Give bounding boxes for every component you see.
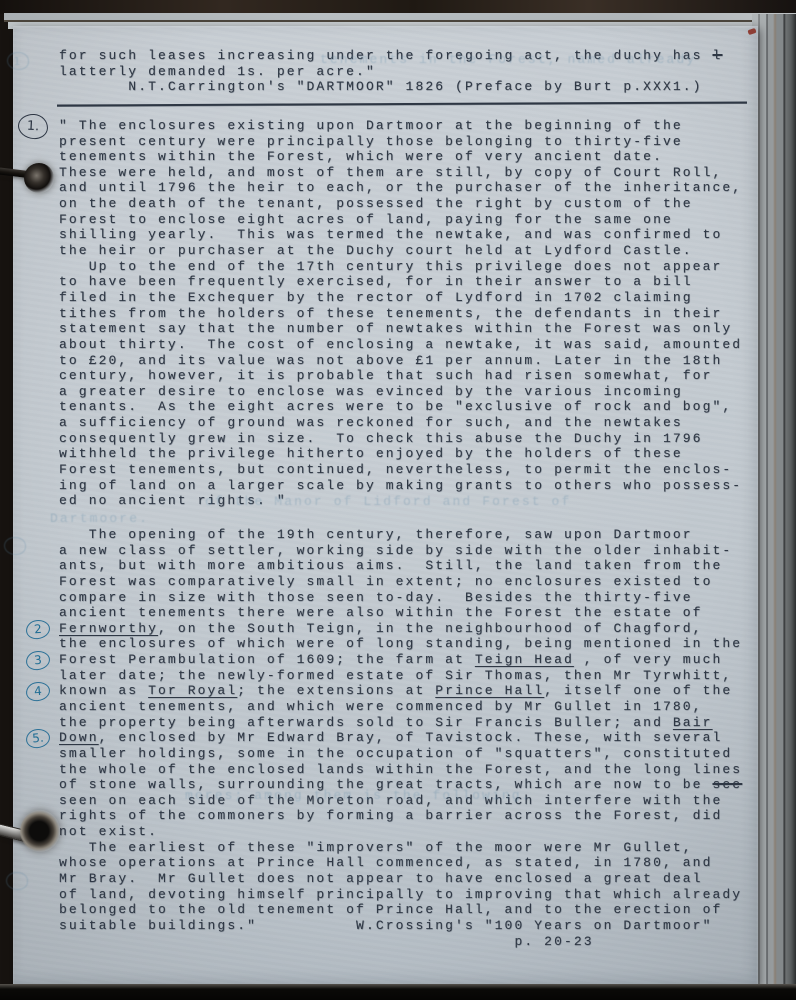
typed-text-line: the heir or purchaser at the Duchy court… bbox=[59, 243, 751, 259]
typed-text: Mr Bray. Mr Gullet does not appear to ha… bbox=[59, 871, 703, 886]
margin-circled-number-3: 3 bbox=[25, 650, 51, 671]
underlined-text: Down bbox=[59, 730, 99, 745]
page-stack-top-strip bbox=[4, 13, 796, 22]
typed-text-line: century, however, it is probable that su… bbox=[59, 368, 751, 384]
underlined-text: Teign Head bbox=[475, 652, 574, 667]
typed-text: ancient tenements, and which were commen… bbox=[59, 699, 703, 714]
typed-text-line: about thirty. The cost of enclosing a ne… bbox=[59, 337, 751, 353]
margin-circled-number-1: 1. bbox=[17, 113, 48, 140]
typed-text-line: Forest was comparatively small in extent… bbox=[59, 574, 751, 590]
typed-text-line: a greater desire to enclose was evinced … bbox=[59, 384, 751, 400]
typed-text: , itself one of the bbox=[544, 683, 732, 698]
typed-text: the property being afterwards sold to Si… bbox=[59, 715, 673, 730]
typed-text-line: not exist. bbox=[59, 824, 751, 840]
typed-text-line: shilling yearly. This was termed the new… bbox=[59, 227, 751, 243]
typed-text: on the death of the tenant, possessed th… bbox=[59, 196, 693, 211]
typed-text: ; the extensions at bbox=[237, 683, 435, 698]
margin-circled-number-4: 4 bbox=[25, 681, 51, 702]
typed-text-line: filed in the Exchequer by the rector of … bbox=[59, 290, 751, 306]
typed-text-line: whose operations at Prince Hall commence… bbox=[59, 855, 751, 871]
typed-text-line: ancient tenements there were also within… bbox=[59, 605, 751, 621]
typed-text-line: tithes from the holders of these tenemen… bbox=[59, 306, 751, 322]
typed-text: Up to the end of the 17th century this p… bbox=[59, 259, 722, 274]
typed-text: century, however, it is probable that su… bbox=[59, 368, 712, 383]
typed-text-line: consequently grew in size. To check this… bbox=[59, 431, 751, 447]
typed-text: , on the South Teign, in the neighbourho… bbox=[158, 621, 703, 636]
typed-text-line: ants, but with more ambitious aims. Stil… bbox=[59, 558, 751, 574]
typed-text: Forest tenements, but continued, neverth… bbox=[59, 462, 732, 477]
album-photo: for such leases increasing under the for… bbox=[0, 0, 796, 1000]
underlined-text: Fernworthy bbox=[59, 621, 158, 636]
typed-text-line: Up to the end of the 17th century this p… bbox=[59, 259, 751, 275]
typed-text-line: suitable buildings." W.Crossing's "100 Y… bbox=[59, 918, 751, 934]
typed-text: tithes from the holders of these tenemen… bbox=[59, 306, 722, 321]
typed-text: The opening of the 19th century, therefo… bbox=[59, 527, 693, 542]
album-top-edge bbox=[0, 0, 796, 14]
typed-text: consequently grew in size. To check this… bbox=[59, 431, 703, 446]
typed-text: seen on each side of the Moreton road, a… bbox=[59, 793, 722, 808]
typed-text: a sufficiency of ground was reckoned for… bbox=[59, 415, 683, 430]
typed-text-line: the property being afterwards sold to Si… bbox=[59, 715, 751, 731]
typed-text-line: of land, devoting himself principally to… bbox=[59, 887, 751, 903]
typed-text-line: latterly demanded 1s. per acre." bbox=[59, 64, 751, 80]
typed-text-line: The opening of the 19th century, therefo… bbox=[59, 527, 751, 543]
typed-text-line: later date; the newly-formed estate of S… bbox=[59, 668, 751, 684]
typed-text-line: 1." The enclosures existing upon Dartmoo… bbox=[59, 118, 751, 134]
struck-out-text: l bbox=[712, 48, 722, 63]
typed-text-line: a sufficiency of ground was reckoned for… bbox=[59, 415, 751, 431]
typed-text: p. 20-23 bbox=[59, 934, 594, 949]
typed-text-line: the enclosures of which were of long sta… bbox=[59, 636, 751, 652]
typed-text-line: tenants. As the eight acres were to be "… bbox=[59, 399, 751, 415]
typed-text: ants, but with more ambitious aims. Stil… bbox=[59, 558, 722, 573]
typed-text-line: to £20, and its value was not above £1 p… bbox=[59, 353, 751, 369]
typed-text: a greater desire to enclose was evinced … bbox=[59, 384, 683, 399]
typed-text: tenements within the Forest, which were … bbox=[59, 149, 663, 164]
typed-text: ancient tenements there were also within… bbox=[59, 605, 703, 620]
margin-circled-number-2: 2 bbox=[25, 619, 51, 640]
typed-text-line: withheld the privilege hitherto enjoyed … bbox=[59, 446, 751, 462]
underlined-text: Tor Royal bbox=[148, 683, 237, 698]
typed-text-line: 3Forest Perambulation of 1609; the farm … bbox=[59, 652, 751, 668]
section-divider-line bbox=[57, 101, 747, 106]
typed-text: These were held, and most of them are st… bbox=[59, 165, 722, 180]
typed-text-line: ancient tenements, and which were commen… bbox=[59, 699, 751, 715]
typed-text: the whole of the enclosed lands within t… bbox=[59, 762, 742, 777]
typed-text: smaller holdings, some in the occupation… bbox=[59, 746, 732, 761]
typed-text: whose operations at Prince Hall commence… bbox=[59, 855, 712, 870]
typed-text-line: Forest to enclose eight acres of land, p… bbox=[59, 212, 751, 228]
typed-text: the heir or purchaser at the Duchy court… bbox=[59, 243, 693, 258]
typed-text: present century were principally those b… bbox=[59, 134, 683, 149]
typed-text: ed no ancient rights. " bbox=[59, 493, 287, 508]
typed-text-line: the whole of the enclosed lands within t… bbox=[59, 762, 751, 778]
typed-text-line: seen on each side of the Moreton road, a… bbox=[59, 793, 751, 809]
typed-text-line: a new class of settler, working side by … bbox=[59, 543, 751, 559]
binder-eyelet-top bbox=[24, 163, 54, 193]
typed-text: , enclosed by Mr Edward Bray, of Tavisto… bbox=[99, 730, 723, 745]
typed-text: of stone walls, surrounding the great tr… bbox=[59, 777, 712, 792]
typed-text-line: on the death of the tenant, possessed th… bbox=[59, 196, 751, 212]
typed-text-line: 2Fernworthy, on the South Teign, in the … bbox=[59, 621, 751, 637]
typed-text: later date; the newly-formed estate of S… bbox=[59, 668, 732, 683]
typed-text: , of very much bbox=[574, 652, 723, 667]
typed-text: N.T.Carrington's "DARTMOOR" 1826 (Prefac… bbox=[59, 79, 703, 94]
typed-text: suitable buildings." W.Crossing's "100 Y… bbox=[59, 918, 712, 933]
typed-text: Forest was comparatively small in extent… bbox=[59, 574, 712, 589]
typed-text: latterly demanded 1s. per acre." bbox=[59, 64, 376, 79]
typed-text-line: N.T.Carrington's "DARTMOOR" 1826 (Prefac… bbox=[59, 79, 751, 95]
typed-text: withheld the privilege hitherto enjoyed … bbox=[59, 446, 683, 461]
typed-text: rights of the commoners by forming a bar… bbox=[59, 808, 722, 823]
typed-text: filed in the Exchequer by the rector of … bbox=[59, 290, 693, 305]
typed-text: " The enclosures existing upon Dartmoor … bbox=[59, 118, 683, 133]
typed-text: of land, devoting himself principally to… bbox=[59, 887, 742, 902]
typed-text: known as bbox=[59, 683, 148, 698]
typed-text: statement say that the number of newtake… bbox=[59, 321, 732, 336]
typed-text-line: for such leases increasing under the for… bbox=[59, 48, 751, 64]
typed-text-line: 4known as Tor Royal; the extensions at P… bbox=[59, 683, 751, 699]
typed-text: Forest to enclose eight acres of land, p… bbox=[59, 212, 673, 227]
typed-text-line: of stone walls, surrounding the great tr… bbox=[59, 777, 751, 793]
typed-text-line: Mr Bray. Mr Gullet does not appear to ha… bbox=[59, 871, 751, 887]
typed-text-line: statement say that the number of newtake… bbox=[59, 321, 751, 337]
typed-text-line: and until 1796 the heir to each, or the … bbox=[59, 180, 751, 196]
typed-text-line: p. 20-23 bbox=[59, 934, 751, 950]
margin-circled-number-5: 5. bbox=[25, 728, 51, 749]
typed-text: the enclosures of which were of long sta… bbox=[59, 636, 742, 651]
typed-text-line: tenements within the Forest, which were … bbox=[59, 149, 751, 165]
typed-text: tenants. As the eight acres were to be "… bbox=[59, 399, 732, 414]
binder-eyelet-bottom bbox=[20, 810, 60, 852]
struck-out-text: see bbox=[712, 777, 742, 792]
text-block: for such leases increasing under the for… bbox=[59, 48, 751, 949]
album-bottom-edge bbox=[0, 984, 796, 1000]
typed-text-line: belonged to the old tenement of Prince H… bbox=[59, 902, 751, 918]
typed-text: belonged to the old tenement of Prince H… bbox=[59, 902, 722, 917]
typed-text-line: rights of the commoners by forming a bar… bbox=[59, 808, 751, 824]
typed-text: and until 1796 the heir to each, or the … bbox=[59, 180, 742, 195]
typed-text: not exist. bbox=[59, 824, 158, 839]
document-page: for such leases increasing under the for… bbox=[13, 26, 758, 986]
typed-text-line: 5.Down, enclosed by Mr Edward Bray, of T… bbox=[59, 730, 751, 746]
typed-text-line: to have been frequently exercised, for i… bbox=[59, 274, 751, 290]
typed-text-line: present century were principally those b… bbox=[59, 134, 751, 150]
typed-text-line: The earliest of these "improvers" of the… bbox=[59, 840, 751, 856]
typed-text: Forest Perambulation of 1609; the farm a… bbox=[59, 652, 475, 667]
page-stack-right-edges bbox=[752, 14, 796, 1000]
typed-text: The earliest of these "improvers" of the… bbox=[59, 840, 693, 855]
typed-text: ing of land on a larger scale by making … bbox=[59, 478, 742, 493]
typed-text-line: compare in size with those seen to-day. … bbox=[59, 590, 751, 606]
typed-text: for such leases increasing under the for… bbox=[59, 48, 712, 63]
typed-text: shilling yearly. This was termed the new… bbox=[59, 227, 722, 242]
underlined-text: Prince Hall bbox=[435, 683, 544, 698]
typed-text: compare in size with those seen to-day. … bbox=[59, 590, 693, 605]
typed-text: to have been frequently exercised, for i… bbox=[59, 274, 693, 289]
paragraph-gap bbox=[59, 509, 751, 527]
underlined-text: Bair bbox=[673, 715, 713, 730]
typed-text-line: Forest tenements, but continued, neverth… bbox=[59, 462, 751, 478]
typed-text-line: ed no ancient rights. " bbox=[59, 493, 751, 509]
typed-text-line: These were held, and most of them are st… bbox=[59, 165, 751, 181]
typed-text: a new class of settler, working side by … bbox=[59, 543, 732, 558]
typed-text-line: smaller holdings, some in the occupation… bbox=[59, 746, 751, 762]
typed-text: about thirty. The cost of enclosing a ne… bbox=[59, 337, 742, 352]
typed-text-line: ing of land on a larger scale by making … bbox=[59, 478, 751, 494]
typed-text: to £20, and its value was not above £1 p… bbox=[59, 353, 722, 368]
